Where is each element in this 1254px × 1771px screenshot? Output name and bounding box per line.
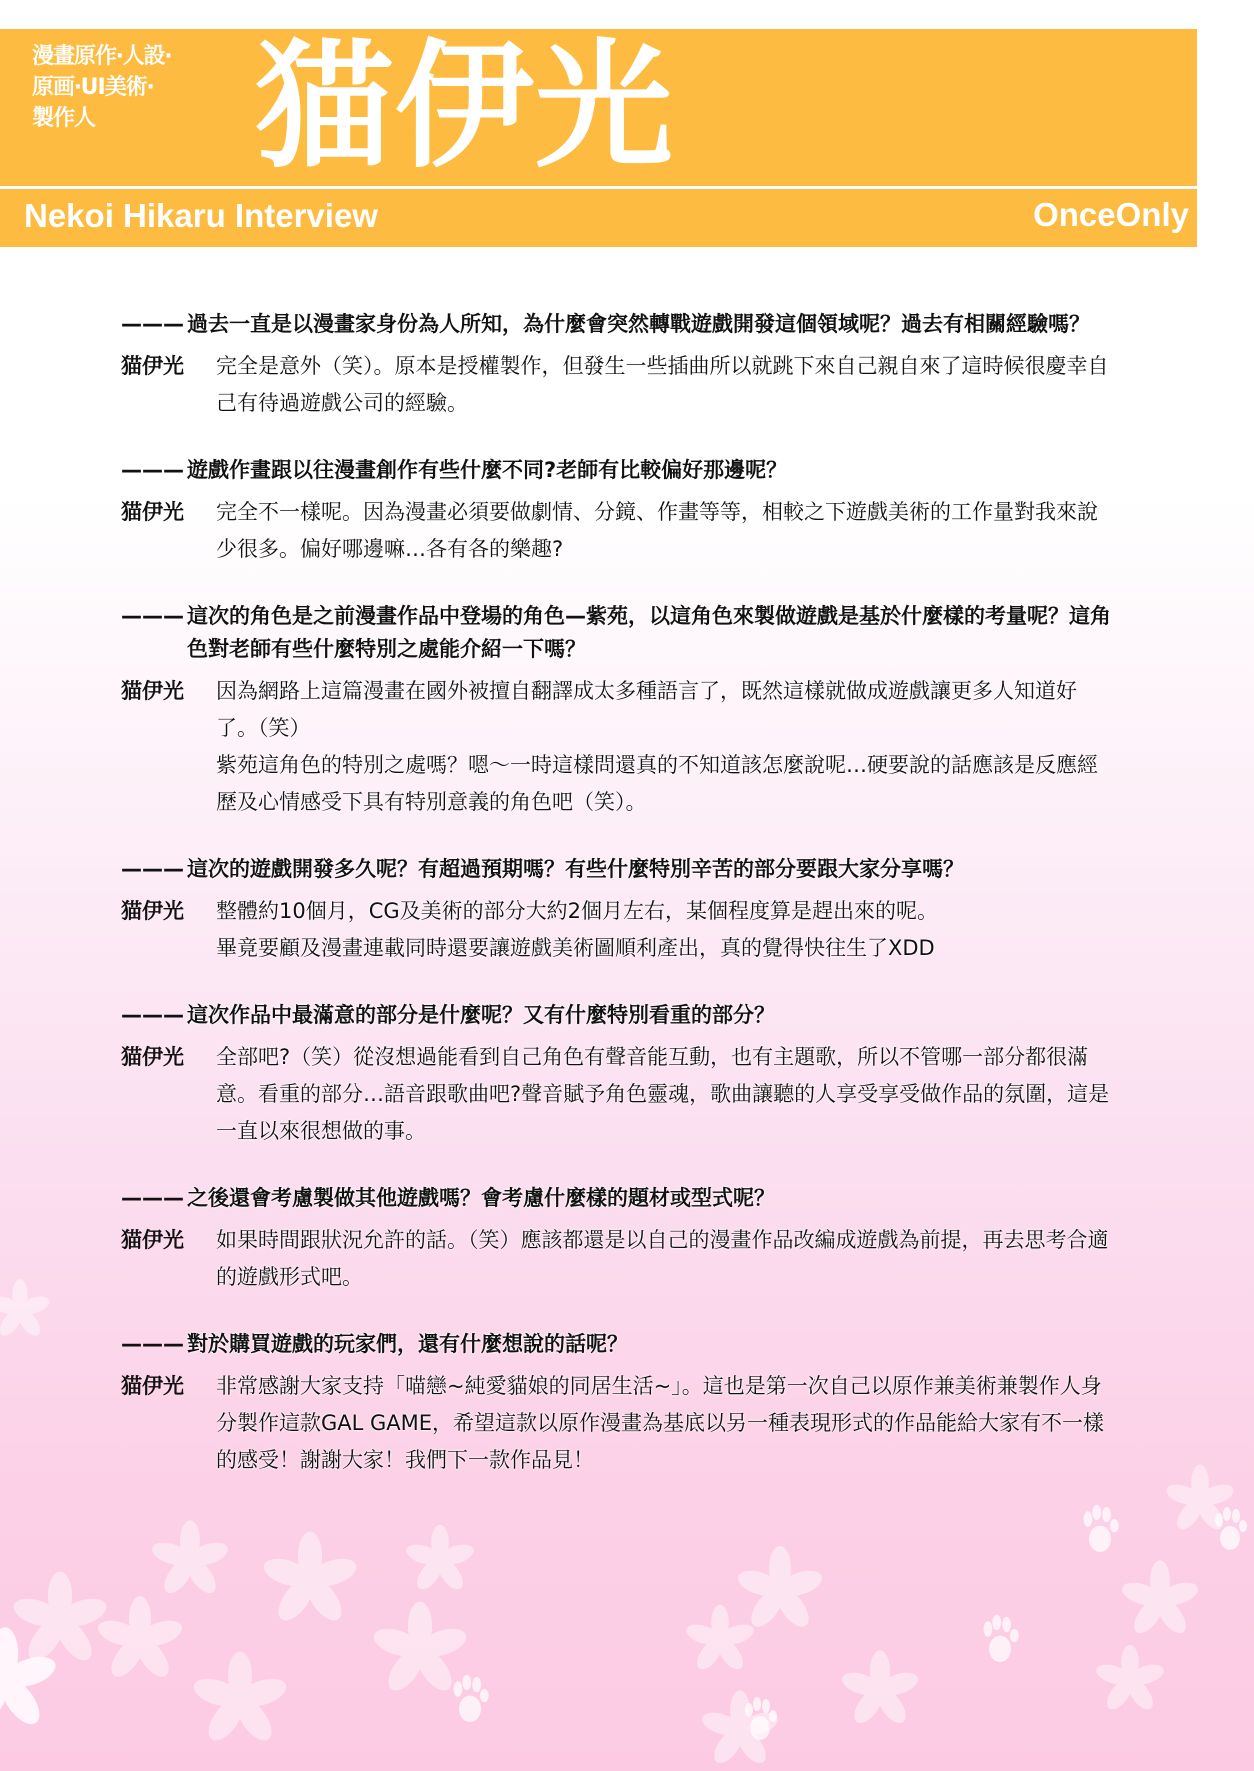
role-line: 製作人 [32,103,171,134]
question: ——— 過去一直是以漫畫家身份為人所知，為什麼會突然轉戰遊戲開發這個領域呢？過去… [121,308,1111,341]
speaker-label: 猫伊光 [121,673,216,821]
brand-logo-text: OnceOnly [1033,193,1189,237]
question: ——— 遊戲作畫跟以往漫畫創作有些什麼不同?老師有比較偏好那邊呢？ [121,454,1111,487]
interview-banner: 漫畫原作‧人設‧ 原画‧UI美術‧ 製作人 猫伊光 Nekoi Hikaru I… [0,29,1197,247]
roles-list: 漫畫原作‧人設‧ 原画‧UI美術‧ 製作人 [32,41,171,134]
answer-text: 完全是意外（笑）。原本是授權製作，但發生一些插曲所以就跳下來自己親自來了這時候很… [216,348,1111,422]
question-text: 這次的角色是之前漫畫作品中登場的角色—紫苑，以這角色來製做遊戲是基於什麼樣的考量… [187,600,1111,666]
qa-item: ——— 這次的遊戲開發多久呢？有超過預期嗎？有些什麼特別辛苦的部分要跟大家分享嗎… [121,853,1111,967]
question-text: 對於購買遊戲的玩家們，還有什麼想說的話呢？ [187,1328,1111,1361]
answer-text: 畢竟要顧及漫畫連載同時還要讓遊戲美術圖順利產出，真的覺得快往生了XDD [216,930,1111,967]
answer: 猫伊光 完全不一樣呢。因為漫畫必須要做劇情、分鏡、作畫等等，相較之下遊戲美術的工… [121,494,1111,568]
answer-body: 完全是意外（笑）。原本是授權製作，但發生一些插曲所以就跳下來自己親自來了這時候很… [216,348,1111,422]
question-dash: ——— [121,454,187,487]
question: ——— 這次的角色是之前漫畫作品中登場的角色—紫苑，以這角色來製做遊戲是基於什麼… [121,600,1111,666]
interview-content: ——— 過去一直是以漫畫家身份為人所知，為什麼會突然轉戰遊戲開發這個領域呢？過去… [121,308,1111,1511]
question-text: 遊戲作畫跟以往漫畫創作有些什麼不同?老師有比較偏好那邊呢？ [187,454,1111,487]
qa-item: ——— 過去一直是以漫畫家身份為人所知，為什麼會突然轉戰遊戲開發這個領域呢？過去… [121,308,1111,422]
answer-text: 整體約10個月，CG及美術的部分大約2個月左右，某個程度算是趕出來的呢。 [216,893,1111,930]
qa-item: ——— 這次的角色是之前漫畫作品中登場的角色—紫苑，以這角色來製做遊戲是基於什麼… [121,600,1111,821]
qa-item: ——— 這次作品中最滿意的部分是什麼呢？又有什麼特別看重的部分？ 猫伊光 全部吧… [121,999,1111,1150]
english-title: Nekoi Hikaru Interview [24,194,378,238]
answer: 猫伊光 如果時間跟狀況允許的話。（笑）應該都還是以自己的漫畫作品改編成遊戲為前提… [121,1222,1111,1296]
role-line: 漫畫原作‧人設‧ [32,41,171,72]
answer: 猫伊光 完全是意外（笑）。原本是授權製作，但發生一些插曲所以就跳下來自己親自來了… [121,348,1111,422]
speaker-label: 猫伊光 [121,1222,216,1296]
answer-text: 因為網路上這篇漫畫在國外被擅自翻譯成太多種語言了，既然這樣就做成遊戲讓更多人知道… [216,673,1111,747]
question: ——— 這次的遊戲開發多久呢？有超過預期嗎？有些什麼特別辛苦的部分要跟大家分享嗎… [121,853,1111,886]
answer-text: 全部吧?（笑）從沒想過能看到自己角色有聲音能互動，也有主題歌，所以不管哪一部分都… [216,1039,1111,1150]
answer-text: 非常感謝大家支持「喵戀~純愛貓娘的同居生活~」。這也是第一次自己以原作兼美術兼製… [216,1368,1111,1479]
answer-body: 如果時間跟狀況允許的話。（笑）應該都還是以自己的漫畫作品改編成遊戲為前提，再去思… [216,1222,1111,1296]
question-text: 之後還會考慮製做其他遊戲嗎？會考慮什麼樣的題材或型式呢？ [187,1182,1111,1215]
answer: 猫伊光 非常感謝大家支持「喵戀~純愛貓娘的同居生活~」。這也是第一次自己以原作兼… [121,1368,1111,1479]
speaker-label: 猫伊光 [121,494,216,568]
role-line: 原画‧UI美術‧ [32,72,171,103]
question-dash: ——— [121,1182,187,1215]
answer: 猫伊光 整體約10個月，CG及美術的部分大約2個月左右，某個程度算是趕出來的呢。… [121,893,1111,967]
answer-text: 如果時間跟狀況允許的話。（笑）應該都還是以自己的漫畫作品改編成遊戲為前提，再去思… [216,1222,1111,1296]
banner-divider [0,186,1197,189]
speaker-label: 猫伊光 [121,1039,216,1150]
answer-body: 非常感謝大家支持「喵戀~純愛貓娘的同居生活~」。這也是第一次自己以原作兼美術兼製… [216,1368,1111,1479]
question-text: 這次作品中最滿意的部分是什麼呢？又有什麼特別看重的部分？ [187,999,1111,1032]
speaker-label: 猫伊光 [121,893,216,967]
speaker-label: 猫伊光 [121,1368,216,1479]
answer-body: 整體約10個月，CG及美術的部分大約2個月左右，某個程度算是趕出來的呢。 畢竟要… [216,893,1111,967]
question: ——— 這次作品中最滿意的部分是什麼呢？又有什麼特別看重的部分？ [121,999,1111,1032]
question-text: 這次的遊戲開發多久呢？有超過預期嗎？有些什麼特別辛苦的部分要跟大家分享嗎？ [187,853,1111,886]
answer-body: 全部吧?（笑）從沒想過能看到自己角色有聲音能互動，也有主題歌，所以不管哪一部分都… [216,1039,1111,1150]
answer-text: 紫苑這角色的特別之處嗎？嗯～一時這樣問還真的不知道該怎麼說呢…硬要說的話應該是反… [216,747,1111,821]
answer: 猫伊光 因為網路上這篇漫畫在國外被擅自翻譯成太多種語言了，既然這樣就做成遊戲讓更… [121,673,1111,821]
question: ——— 對於購買遊戲的玩家們，還有什麼想說的話呢？ [121,1328,1111,1361]
question-dash: ——— [121,308,187,341]
speaker-label: 猫伊光 [121,348,216,422]
qa-item: ——— 之後還會考慮製做其他遊戲嗎？會考慮什麼樣的題材或型式呢？ 猫伊光 如果時… [121,1182,1111,1296]
qa-item: ——— 對於購買遊戲的玩家們，還有什麼想說的話呢？ 猫伊光 非常感謝大家支持「喵… [121,1328,1111,1479]
answer-body: 因為網路上這篇漫畫在國外被擅自翻譯成太多種語言了，既然這樣就做成遊戲讓更多人知道… [216,673,1111,821]
answer-text: 完全不一樣呢。因為漫畫必須要做劇情、分鏡、作畫等等，相較之下遊戲美術的工作量對我… [216,494,1111,568]
answer: 猫伊光 全部吧?（笑）從沒想過能看到自己角色有聲音能互動，也有主題歌，所以不管哪… [121,1039,1111,1150]
question-dash: ——— [121,853,187,886]
question: ——— 之後還會考慮製做其他遊戲嗎？會考慮什麼樣的題材或型式呢？ [121,1182,1111,1215]
question-dash: ——— [121,999,187,1032]
banner-top: 漫畫原作‧人設‧ 原画‧UI美術‧ 製作人 猫伊光 [0,29,1197,186]
question-dash: ——— [121,600,187,666]
qa-item: ——— 遊戲作畫跟以往漫畫創作有些什麼不同?老師有比較偏好那邊呢？ 猫伊光 完全… [121,454,1111,568]
answer-body: 完全不一樣呢。因為漫畫必須要做劇情、分鏡、作畫等等，相較之下遊戲美術的工作量對我… [216,494,1111,568]
author-name-title: 猫伊光 [255,31,675,181]
question-dash: ——— [121,1328,187,1361]
question-text: 過去一直是以漫畫家身份為人所知，為什麼會突然轉戰遊戲開發這個領域呢？過去有相關經… [187,308,1111,341]
